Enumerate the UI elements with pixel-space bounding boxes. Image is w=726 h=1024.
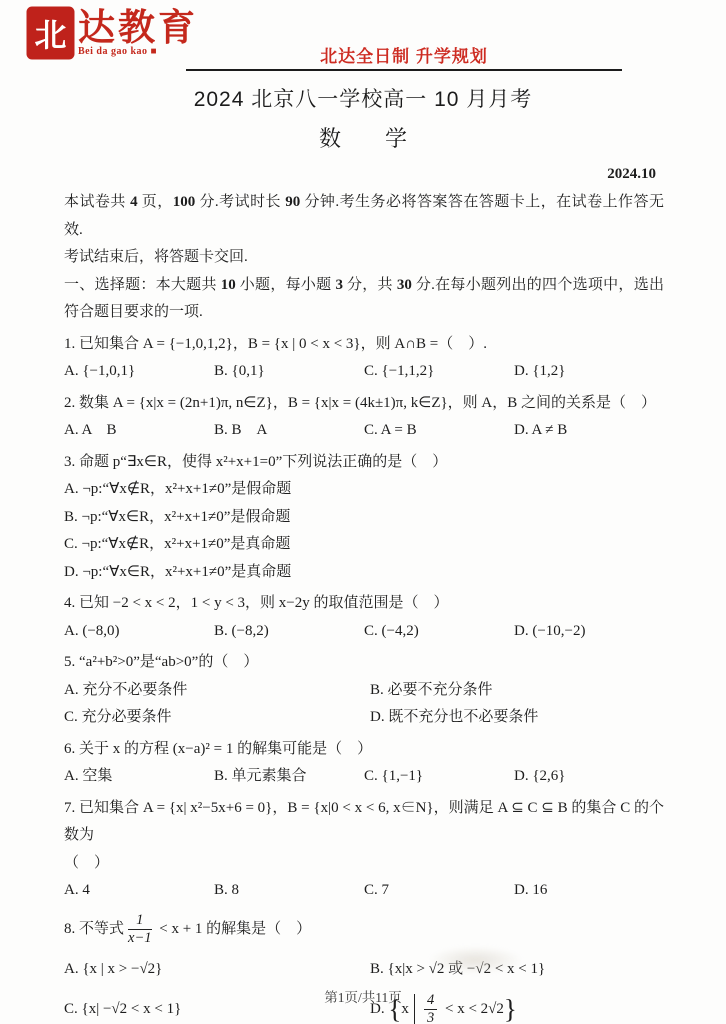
instructions-text: 分.考试时长 (195, 194, 285, 210)
q8-stem-text-post: < x + 1 的解集是（ ） (156, 921, 312, 937)
fraction-denominator: x−1 (128, 930, 151, 947)
q3-option-a: A. ¬p:“∀x∉R，x²+x+1≠0”是假命题 (64, 476, 664, 504)
q2-option-a: A. A B (64, 417, 214, 445)
q4-option-c: C. (−4,2) (364, 618, 514, 646)
fraction: 1x−1 (128, 912, 151, 946)
exam-date: 2024.10 (0, 166, 726, 183)
q8-stem-text: 8. 不等式 (64, 921, 124, 937)
q1-option-b: B. {0,1} (214, 358, 364, 386)
brand-logo: 北 达教育 Bei da gao kao ■ (28, 8, 198, 58)
q7-option-d: D. 16 (514, 877, 664, 905)
q1-option-a: A. {−1,0,1} (64, 358, 214, 386)
question-8: 8. 不等式1x−1 < x + 1 的解集是（ ） A. {x | x > −… (64, 909, 664, 1024)
question-3: 3. 命题 p“∃x∈R，使得 x²+x+1=0”下列说法正确的是（ ） A. … (64, 449, 664, 587)
q6-option-b: B. 单元素集合 (214, 763, 364, 791)
q4-option-b: B. (−8,2) (214, 618, 364, 646)
scan-smudge (428, 946, 523, 974)
instructions-duration: 90 (285, 194, 300, 210)
q5-options-row-2: C. 充分必要条件 D. 既不充分也不必要条件 (64, 704, 664, 732)
logo-main: 达教育 Bei da gao kao ■ (78, 8, 198, 57)
section-points-each: 3 (335, 277, 343, 293)
q4-option-d: D. (−10,−2) (514, 618, 664, 646)
instructions-pages-count: 4 (130, 194, 138, 210)
q3-option-b: B. ¬p:“∀x∈R，x²+x+1≠0”是假命题 (64, 504, 664, 532)
q3-stem: 3. 命题 p“∃x∈R，使得 x²+x+1=0”下列说法正确的是（ ） (64, 449, 664, 477)
brand-tagline: 北达全日制 升学规划 (320, 47, 488, 66)
instructions-text: 本试卷共 (64, 194, 130, 210)
q1-stem: 1. 已知集合 A = {−1,0,1,2}，B = {x | 0 < x < … (64, 331, 664, 359)
question-4: 4. 已知 −2 < x < 2，1 < y < 3，则 x−2y 的取值范围是… (64, 590, 664, 645)
q8-option-a: A. {x | x > −√2} (64, 949, 370, 989)
q3-options: A. ¬p:“∀x∉R，x²+x+1≠0”是假命题 B. ¬p:“∀x∈R，x²… (64, 476, 664, 586)
q7-option-c: C. 7 (364, 877, 514, 905)
q7-options: A. 4 B. 8 C. 7 D. 16 (64, 877, 664, 905)
q4-options: A. (−8,0) B. (−8,2) C. (−4,2) D. (−10,−2… (64, 618, 664, 646)
header-rule: 北达全日制 升学规划 (186, 42, 622, 71)
section-points-total: 30 (397, 277, 412, 293)
exam-title: 2024 北京八一学校高一 10 月月考 (0, 83, 726, 113)
q4-stem: 4. 已知 −2 < x < 2，1 < y < 3，则 x−2y 的取值范围是… (64, 590, 664, 618)
question-6: 6. 关于 x 的方程 (x−a)² = 1 的解集可能是（ ） A. 空集 B… (64, 736, 664, 791)
q1-option-d: D. {1,2} (514, 358, 664, 386)
q5-option-a: A. 充分不必要条件 (64, 677, 370, 705)
q2-option-d: D. A ≠ B (514, 417, 664, 445)
q6-option-a: A. 空集 (64, 763, 214, 791)
question-5: 5. “a²+b²>0”是“ab>0”的（ ） A. 充分不必要条件 B. 必要… (64, 649, 664, 732)
q4-option-a: A. (−8,0) (64, 618, 214, 646)
fraction-numerator: 1 (128, 912, 151, 930)
section-question-count: 10 (221, 277, 236, 293)
question-2: 2. 数集 A = {x|x = (2n+1)π, n∈Z}，B = {x|x … (64, 390, 664, 445)
instructions-line-2: 考试结束后，将答题卡交回. (64, 244, 664, 272)
subject-title: 数 学 (0, 122, 726, 153)
instructions-text: 页， (138, 194, 173, 210)
section-text: 分，共 (343, 277, 397, 293)
q6-option-c: C. {1,−1} (364, 763, 514, 791)
logo-text: 达教育 (78, 8, 198, 47)
page-header: 北 达教育 Bei da gao kao ■ 北达全日制 升学规划 (0, 0, 726, 74)
fraction-denominator: 3 (424, 1010, 437, 1024)
section-heading: 一、选择题：本大题共 10 小题，每小题 3 分，共 30 分.在每小题列出的四… (64, 272, 664, 327)
q3-option-c: C. ¬p:“∀x∉R，x²+x+1≠0”是真命题 (64, 531, 664, 559)
q5-option-c: C. 充分必要条件 (64, 704, 370, 732)
instructions-total-score: 100 (173, 194, 196, 210)
q1-options: A. {−1,0,1} B. {0,1} C. {−1,1,2} D. {1,2… (64, 358, 664, 386)
exam-instructions: 本试卷共 4 页，100 分.考试时长 90 分钟.考生务必将答案答在答题卡上，… (64, 189, 664, 244)
q8-stem: 8. 不等式1x−1 < x + 1 的解集是（ ） (64, 909, 664, 949)
question-1: 1. 已知集合 A = {−1,0,1,2}，B = {x | 0 < x < … (64, 331, 664, 386)
footer-page-number: 第1页/共11页 (0, 986, 726, 1006)
brand-seal-icon: 北 (28, 8, 73, 58)
q7-option-b: B. 8 (214, 877, 364, 905)
q1-option-c: C. {−1,1,2} (364, 358, 514, 386)
q3-option-d: D. ¬p:“∀x∈R，x²+x+1≠0”是真命题 (64, 559, 664, 587)
seal-character: 北 (34, 10, 66, 56)
paper-body: 本试卷共 4 页，100 分.考试时长 90 分钟.考生务必将答案答在答题卡上，… (0, 183, 726, 1024)
q5-stem: 5. “a²+b²>0”是“ab>0”的（ ） (64, 649, 664, 677)
q6-option-d: D. {2,6} (514, 763, 664, 791)
q2-option-b: B. B A (214, 417, 364, 445)
q2-stem: 2. 数集 A = {x|x = (2n+1)π, n∈Z}，B = {x|x … (64, 390, 664, 418)
exam-paper-page: 北 达教育 Bei da gao kao ■ 北达全日制 升学规划 2024 北… (0, 0, 726, 1024)
section-text: 一、选择题：本大题共 (64, 277, 221, 293)
q5-option-b: B. 必要不充分条件 (370, 677, 493, 705)
q5-options-row-1: A. 充分不必要条件 B. 必要不充分条件 (64, 677, 664, 705)
q2-option-c: C. A = B (364, 417, 514, 445)
q7-option-a: A. 4 (64, 877, 214, 905)
q5-option-d: D. 既不充分也不必要条件 (370, 704, 538, 732)
q8-options-row-1: A. {x | x > −√2} B. {x|x > √2 或 −√2 < x … (64, 949, 664, 989)
q7-stem: 7. 已知集合 A = {x| x²−5x+6 = 0}，B = {x|0 < … (64, 795, 664, 850)
q2-options: A. A B B. B A C. A = B D. A ≠ B (64, 417, 664, 445)
q6-options: A. 空集 B. 单元素集合 C. {1,−1} D. {2,6} (64, 763, 664, 791)
q7-answer-paren: （ ） (64, 850, 664, 878)
section-text: 小题，每小题 (236, 277, 336, 293)
q6-stem: 6. 关于 x 的方程 (x−a)² = 1 的解集可能是（ ） (64, 736, 664, 764)
question-7: 7. 已知集合 A = {x| x²−5x+6 = 0}，B = {x|0 < … (64, 795, 664, 905)
